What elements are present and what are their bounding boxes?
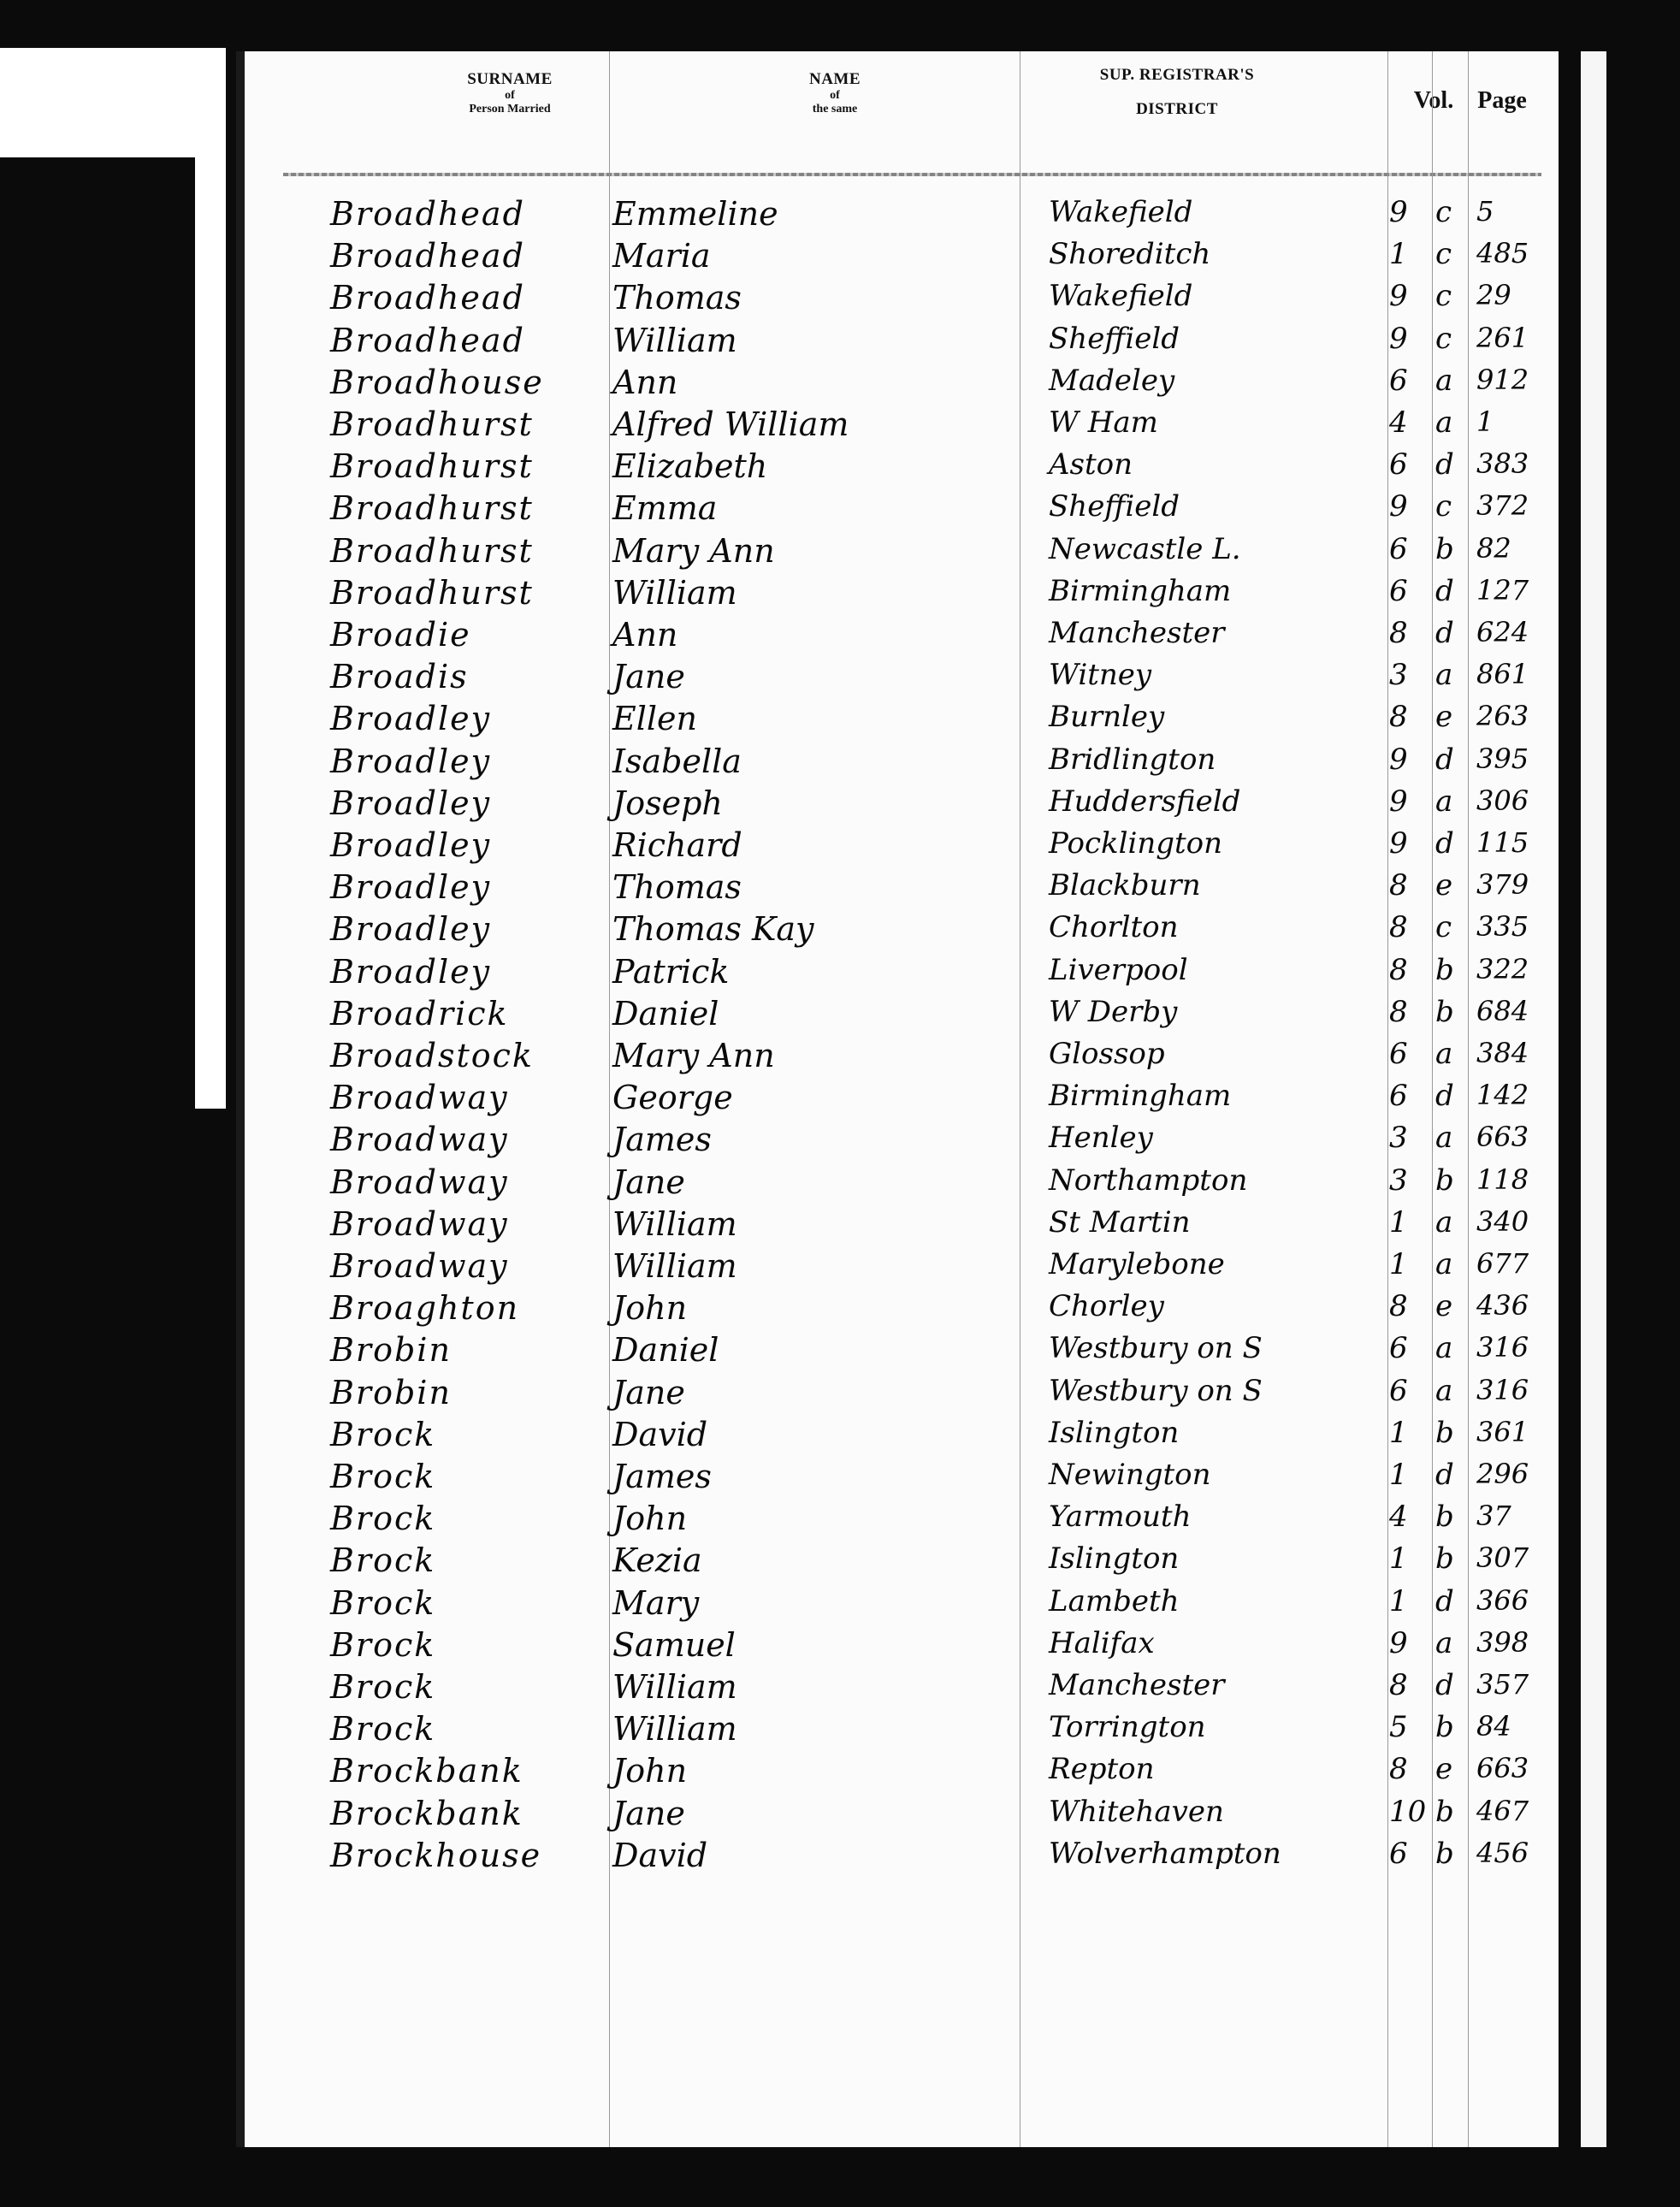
volume-cell: 3 [1389, 1163, 1432, 1198]
forename-cell: Emma [612, 489, 972, 527]
register-entry: BroadheadMariaShoreditch1c485 [245, 237, 1559, 279]
volume-sub-cell: b [1435, 1163, 1470, 1198]
volume-sub-cell: a [1435, 658, 1470, 692]
volume-cell: 9 [1389, 1626, 1432, 1660]
page-cell: 383 [1476, 447, 1545, 480]
register-entry: BroadheadEmmelineWakefield9c5 [245, 195, 1559, 237]
forename-cell: Elizabeth [612, 447, 972, 485]
page-cell: 357 [1476, 1668, 1545, 1701]
volume-sub-cell: d [1435, 574, 1470, 608]
volume-cell: 8 [1389, 616, 1432, 650]
register-entry: BrockWilliamTorrington5b84 [245, 1710, 1559, 1752]
district-cell: Blackburn [1049, 868, 1391, 902]
page-cell: 684 [1476, 995, 1545, 1027]
volume-sub-cell: c [1435, 489, 1470, 524]
register-entry: BroadhurstMary AnnNewcastle L.6b82 [245, 532, 1559, 574]
page-cell: 335 [1476, 910, 1545, 943]
register-entry: BrockbankJohnRepton8e663 [245, 1752, 1559, 1794]
volume-cell: 1 [1389, 237, 1432, 271]
volume-cell: 3 [1389, 658, 1432, 692]
volume-cell: 6 [1389, 447, 1432, 482]
volume-sub-cell: a [1435, 1121, 1470, 1155]
register-entry: BroadhurstElizabethAston6d383 [245, 447, 1559, 489]
district-cell: Chorlton [1049, 910, 1391, 944]
surname-cell: Broadhouse [330, 364, 604, 401]
volume-cell: 9 [1389, 322, 1432, 356]
forename-cell: Mary Ann [612, 1037, 972, 1074]
scan-margin-paper-strip [195, 48, 226, 1109]
district-cell: Liverpool [1049, 953, 1391, 987]
surname-cell: Broadway [330, 1121, 604, 1158]
district-cell: Halifax [1049, 1626, 1391, 1660]
volume-sub-cell: a [1435, 1247, 1470, 1281]
volume-cell: 9 [1389, 784, 1432, 819]
forename-cell: William [612, 1668, 972, 1706]
volume-sub-cell: d [1435, 743, 1470, 777]
district-cell: Repton [1049, 1752, 1391, 1786]
surname-cell: Brock [330, 1416, 604, 1453]
volume-cell: 1 [1389, 1458, 1432, 1492]
register-entry: BroaghtonJohnChorley8e436 [245, 1289, 1559, 1331]
surname-cell: Broadley [330, 868, 604, 906]
register-entry: BrockhouseDavidWolverhampton6b456 [245, 1837, 1559, 1879]
page-cell: 663 [1476, 1121, 1545, 1153]
volume-sub-cell: d [1435, 1458, 1470, 1492]
header-surname: SURNAME of Person Married [407, 70, 612, 116]
register-entry: BrockJohnYarmouth4b37 [245, 1500, 1559, 1541]
register-entry: BroadleyEllenBurnley8e263 [245, 700, 1559, 742]
volume-cell: 6 [1389, 1037, 1432, 1071]
page-cell: 384 [1476, 1037, 1545, 1069]
volume-sub-cell: e [1435, 868, 1470, 902]
volume-sub-cell: a [1435, 1374, 1470, 1408]
forename-cell: Daniel [612, 1331, 972, 1369]
forename-cell: William [612, 1710, 972, 1748]
volume-sub-cell: e [1435, 1289, 1470, 1323]
district-cell: Newington [1049, 1458, 1391, 1492]
page-cell: 307 [1476, 1541, 1545, 1574]
register-entry: BroadhurstEmmaSheffield9c372 [245, 489, 1559, 531]
forename-cell: Thomas [612, 279, 972, 317]
forename-cell: Ann [612, 364, 972, 401]
volume-sub-cell: a [1435, 405, 1470, 440]
district-cell: Huddersfield [1049, 784, 1391, 819]
district-cell: Sheffield [1049, 322, 1391, 356]
volume-cell: 10 [1389, 1795, 1432, 1829]
volume-sub-cell: d [1435, 826, 1470, 861]
surname-cell: Brock [330, 1541, 604, 1579]
surname-cell: Broadstock [330, 1037, 604, 1074]
surname-cell: Broadley [330, 953, 604, 991]
register-entry: BroadheadWilliamSheffield9c261 [245, 322, 1559, 364]
register-entry: BroadleyIsabellaBridlington9d395 [245, 743, 1559, 784]
forename-cell: John [612, 1752, 972, 1790]
district-cell: Glossop [1049, 1037, 1391, 1071]
volume-sub-cell: e [1435, 1752, 1470, 1786]
page-cell: 37 [1476, 1500, 1545, 1532]
forename-cell: William [612, 322, 972, 359]
surname-cell: Brobin [330, 1374, 604, 1411]
forename-cell: William [612, 574, 972, 612]
page-cell: 912 [1476, 364, 1545, 396]
page-cell: 118 [1476, 1163, 1545, 1196]
surname-cell: Broadley [330, 700, 604, 737]
district-cell: Shoreditch [1049, 237, 1391, 271]
forename-cell: Jane [612, 1795, 972, 1832]
volume-sub-cell: d [1435, 616, 1470, 650]
forename-cell: Ellen [612, 700, 972, 737]
district-cell: Aston [1049, 447, 1391, 482]
header-rule [283, 173, 1541, 176]
page-cell: 127 [1476, 574, 1545, 606]
volume-sub-cell: a [1435, 1037, 1470, 1071]
district-cell: Manchester [1049, 1668, 1391, 1702]
volume-sub-cell: b [1435, 1710, 1470, 1744]
volume-sub-cell: b [1435, 1795, 1470, 1829]
volume-cell: 1 [1389, 1416, 1432, 1450]
page-cell: 261 [1476, 322, 1545, 354]
district-cell: Islington [1049, 1541, 1391, 1576]
page-cell: 861 [1476, 658, 1545, 690]
district-cell: Witney [1049, 658, 1391, 692]
volume-sub-cell: b [1435, 532, 1470, 566]
page-cell: 398 [1476, 1626, 1545, 1659]
page-cell: 29 [1476, 279, 1545, 311]
volume-sub-cell: e [1435, 700, 1470, 734]
register-entry: BroadleyThomas KayChorlton8c335 [245, 910, 1559, 952]
surname-cell: Broadley [330, 743, 604, 780]
forename-cell: Thomas [612, 868, 972, 906]
surname-cell: Broadhurst [330, 574, 604, 612]
volume-cell: 9 [1389, 195, 1432, 229]
forename-cell: Jane [612, 1163, 972, 1201]
forename-cell: David [612, 1837, 972, 1874]
register-entry: BrockDavidIslington1b361 [245, 1416, 1559, 1458]
forename-cell: Thomas Kay [612, 910, 972, 948]
forename-cell: Jane [612, 658, 972, 695]
forename-cell: Isabella [612, 743, 972, 780]
surname-cell: Broadis [330, 658, 604, 695]
district-cell: Marylebone [1049, 1247, 1391, 1281]
page-cell: 322 [1476, 953, 1545, 985]
page-cell: 467 [1476, 1795, 1545, 1827]
register-entry: BroadwayWilliamSt Martin1a340 [245, 1205, 1559, 1247]
page-cell: 677 [1476, 1247, 1545, 1280]
page-cell: 316 [1476, 1331, 1545, 1364]
volume-cell: 8 [1389, 953, 1432, 987]
register-entry: BroadwayJaneNorthampton3b118 [245, 1163, 1559, 1205]
volume-cell: 6 [1389, 364, 1432, 398]
volume-cell: 9 [1389, 743, 1432, 777]
volume-cell: 6 [1389, 532, 1432, 566]
volume-cell: 8 [1389, 1752, 1432, 1786]
header-name: NAME of the same [758, 70, 912, 116]
district-cell: Birmingham [1049, 574, 1391, 608]
page-cell: 379 [1476, 868, 1545, 901]
district-cell: Lambeth [1049, 1584, 1391, 1618]
header-vol: Vol. [1408, 87, 1459, 115]
forename-cell: Ann [612, 616, 972, 654]
page-cell: 84 [1476, 1710, 1545, 1743]
surname-cell: Broadhurst [330, 489, 604, 527]
scan-margin-paper [0, 48, 195, 157]
surname-cell: Broadley [330, 910, 604, 948]
volume-cell: 3 [1389, 1121, 1432, 1155]
volume-sub-cell: b [1435, 1416, 1470, 1450]
district-cell: St Martin [1049, 1205, 1391, 1240]
volume-cell: 5 [1389, 1710, 1432, 1744]
register-entry: BrockWilliamManchester8d357 [245, 1668, 1559, 1710]
page-cell: 263 [1476, 700, 1545, 732]
volume-sub-cell: b [1435, 1500, 1470, 1534]
volume-cell: 1 [1389, 1584, 1432, 1618]
forename-cell: Mary Ann [612, 532, 972, 570]
page-cell: 1 [1476, 405, 1545, 438]
surname-cell: Brockhouse [330, 1837, 604, 1874]
volume-sub-cell: a [1435, 1331, 1470, 1365]
district-cell: Torrington [1049, 1710, 1391, 1744]
volume-sub-cell: b [1435, 995, 1470, 1029]
register-entry: BrockJamesNewington1d296 [245, 1458, 1559, 1500]
district-cell: Wakefield [1049, 195, 1391, 229]
register-entry: BroadhouseAnnMadeley6a912 [245, 364, 1559, 405]
district-cell: Madeley [1049, 364, 1391, 398]
surname-cell: Broadhurst [330, 405, 604, 443]
volume-cell: 9 [1389, 489, 1432, 524]
district-cell: Westbury on S [1049, 1374, 1391, 1408]
volume-sub-cell: d [1435, 1079, 1470, 1113]
page-cell: 142 [1476, 1079, 1545, 1111]
page-cell: 296 [1476, 1458, 1545, 1490]
page-cell: 485 [1476, 237, 1545, 269]
forename-cell: Mary [612, 1584, 972, 1622]
surname-cell: Brockbank [330, 1752, 604, 1790]
forename-cell: Jane [612, 1374, 972, 1411]
forename-cell: David [612, 1416, 972, 1453]
forename-cell: Daniel [612, 995, 972, 1032]
volume-cell: 8 [1389, 910, 1432, 944]
page-cell: 395 [1476, 743, 1545, 775]
register-entry: BrockSamuelHalifax9a398 [245, 1626, 1559, 1668]
surname-cell: Brock [330, 1458, 604, 1495]
page-cell: 5 [1476, 195, 1545, 228]
district-cell: Sheffield [1049, 489, 1391, 524]
district-cell: Yarmouth [1049, 1500, 1391, 1534]
volume-cell: 1 [1389, 1541, 1432, 1576]
surname-cell: Broadhurst [330, 532, 604, 570]
volume-cell: 8 [1389, 1668, 1432, 1702]
page-cell: 340 [1476, 1205, 1545, 1238]
forename-cell: Kezia [612, 1541, 972, 1579]
district-cell: Whitehaven [1049, 1795, 1391, 1829]
surname-cell: Broadhead [330, 279, 604, 317]
surname-cell: Brock [330, 1500, 604, 1537]
register-entry: BroadieAnnManchester8d624 [245, 616, 1559, 658]
volume-sub-cell: c [1435, 910, 1470, 944]
surname-cell: Broadhead [330, 237, 604, 275]
district-cell: W Ham [1049, 405, 1391, 440]
surname-cell: Broadhead [330, 322, 604, 359]
register-entry: BrockMaryLambeth1d366 [245, 1584, 1559, 1626]
forename-cell: James [612, 1121, 972, 1158]
volume-cell: 9 [1389, 279, 1432, 313]
surname-cell: Broadway [330, 1247, 604, 1285]
header-district: SUP. REGISTRAR'S DISTRICT [1066, 66, 1288, 119]
surname-cell: Brobin [330, 1331, 604, 1369]
district-cell: Henley [1049, 1121, 1391, 1155]
volume-cell: 6 [1389, 1374, 1432, 1408]
register-entry: BrobinDanielWestbury on S6a316 [245, 1331, 1559, 1373]
volume-cell: 1 [1389, 1247, 1432, 1281]
district-cell: W Derby [1049, 995, 1391, 1029]
register-entry: BroadhurstAlfred WilliamW Ham4a1 [245, 405, 1559, 447]
volume-cell: 1 [1389, 1205, 1432, 1240]
volume-cell: 6 [1389, 1331, 1432, 1365]
register-entry: BroadleyThomasBlackburn8e379 [245, 868, 1559, 910]
volume-cell: 4 [1389, 1500, 1432, 1534]
district-cell: Newcastle L. [1049, 532, 1391, 566]
volume-sub-cell: a [1435, 1205, 1470, 1240]
volume-cell: 8 [1389, 868, 1432, 902]
register-entry: BrockbankJaneWhitehaven10b467 [245, 1795, 1559, 1837]
forename-cell: William [612, 1247, 972, 1285]
scan-margin-right [1581, 51, 1606, 2147]
volume-sub-cell: c [1435, 322, 1470, 356]
page-cell: 115 [1476, 826, 1545, 859]
volume-cell: 4 [1389, 405, 1432, 440]
forename-cell: William [612, 1205, 972, 1243]
register-entry: BrockKeziaIslington1b307 [245, 1541, 1559, 1583]
page-cell: 82 [1476, 532, 1545, 565]
register-entry: BroadwayJamesHenley3a663 [245, 1121, 1559, 1163]
page-cell: 456 [1476, 1837, 1545, 1869]
volume-sub-cell: c [1435, 279, 1470, 313]
volume-sub-cell: d [1435, 1668, 1470, 1702]
volume-cell: 8 [1389, 1289, 1432, 1323]
surname-cell: Broadway [330, 1205, 604, 1243]
surname-cell: Brock [330, 1626, 604, 1664]
volume-cell: 9 [1389, 826, 1432, 861]
page-cell: 306 [1476, 784, 1545, 817]
forename-cell: John [612, 1500, 972, 1537]
volume-sub-cell: b [1435, 1837, 1470, 1871]
volume-sub-cell: d [1435, 447, 1470, 482]
volume-cell: 6 [1389, 1837, 1432, 1871]
district-cell: Islington [1049, 1416, 1391, 1450]
forename-cell: James [612, 1458, 972, 1495]
forename-cell: Joseph [612, 784, 972, 822]
volume-sub-cell: d [1435, 1584, 1470, 1618]
surname-cell: Brock [330, 1710, 604, 1748]
district-cell: Bridlington [1049, 743, 1391, 777]
district-cell: Northampton [1049, 1163, 1391, 1198]
volume-sub-cell: a [1435, 784, 1470, 819]
district-cell: Burnley [1049, 700, 1391, 734]
register-entry: BroadwayWilliamMarylebone1a677 [245, 1247, 1559, 1289]
page-cell: 361 [1476, 1416, 1545, 1448]
forename-cell: Alfred William [612, 405, 972, 443]
volume-sub-cell: b [1435, 953, 1470, 987]
register-entry: BroadwayGeorgeBirmingham6d142 [245, 1079, 1559, 1121]
surname-cell: Brock [330, 1584, 604, 1622]
forename-cell: John [612, 1289, 972, 1327]
district-cell: Wakefield [1049, 279, 1391, 313]
register-entry: BroadstockMary AnnGlossop6a384 [245, 1037, 1559, 1079]
register-entry: BroadisJaneWitney3a861 [245, 658, 1559, 700]
page-cell: 436 [1476, 1289, 1545, 1322]
surname-cell: Broadley [330, 826, 604, 864]
page-cell: 372 [1476, 489, 1545, 522]
column-header: SURNAME of Person Married NAME of the sa… [245, 62, 1559, 173]
register-page: SURNAME of Person Married NAME of the sa… [236, 51, 1559, 2147]
register-entry: BroadhurstWilliamBirmingham6d127 [245, 574, 1559, 616]
register-entry: BroadrickDanielW Derby8b684 [245, 995, 1559, 1037]
forename-cell: Richard [612, 826, 972, 864]
forename-cell: Patrick [612, 953, 972, 991]
register-entry: BroadleyRichardPocklington9d115 [245, 826, 1559, 868]
district-cell: Manchester [1049, 616, 1391, 650]
register-entry: BroadleyPatrickLiverpool8b322 [245, 953, 1559, 995]
surname-cell: Brockbank [330, 1795, 604, 1832]
header-page: Page [1468, 87, 1536, 115]
register-entry: BroadleyJosephHuddersfield9a306 [245, 784, 1559, 826]
volume-cell: 8 [1389, 700, 1432, 734]
district-cell: Pocklington [1049, 826, 1391, 861]
volume-sub-cell: a [1435, 364, 1470, 398]
volume-sub-cell: c [1435, 195, 1470, 229]
forename-cell: Samuel [612, 1626, 972, 1664]
register-entry: BrobinJaneWestbury on S6a316 [245, 1374, 1559, 1416]
surname-cell: Broadie [330, 616, 604, 654]
volume-cell: 8 [1389, 995, 1432, 1029]
forename-cell: George [612, 1079, 972, 1116]
volume-cell: 6 [1389, 1079, 1432, 1113]
district-cell: Chorley [1049, 1289, 1391, 1323]
page-cell: 316 [1476, 1374, 1545, 1406]
page-cell: 366 [1476, 1584, 1545, 1617]
surname-cell: Broadway [330, 1163, 604, 1201]
volume-sub-cell: a [1435, 1626, 1470, 1660]
volume-sub-cell: c [1435, 237, 1470, 271]
register-entry: BroadheadThomasWakefield9c29 [245, 279, 1559, 321]
surname-cell: Brock [330, 1668, 604, 1706]
surname-cell: Broadhead [330, 195, 604, 233]
forename-cell: Maria [612, 237, 972, 275]
volume-sub-cell: b [1435, 1541, 1470, 1576]
surname-cell: Broadrick [330, 995, 604, 1032]
volume-cell: 6 [1389, 574, 1432, 608]
surname-cell: Broadhurst [330, 447, 604, 485]
page-cell: 663 [1476, 1752, 1545, 1784]
district-cell: Birmingham [1049, 1079, 1391, 1113]
page-cell: 624 [1476, 616, 1545, 648]
surname-cell: Broaghton [330, 1289, 604, 1327]
district-cell: Westbury on S [1049, 1331, 1391, 1365]
surname-cell: Broadway [330, 1079, 604, 1116]
forename-cell: Emmeline [612, 195, 972, 233]
surname-cell: Broadley [330, 784, 604, 822]
district-cell: Wolverhampton [1049, 1837, 1391, 1871]
